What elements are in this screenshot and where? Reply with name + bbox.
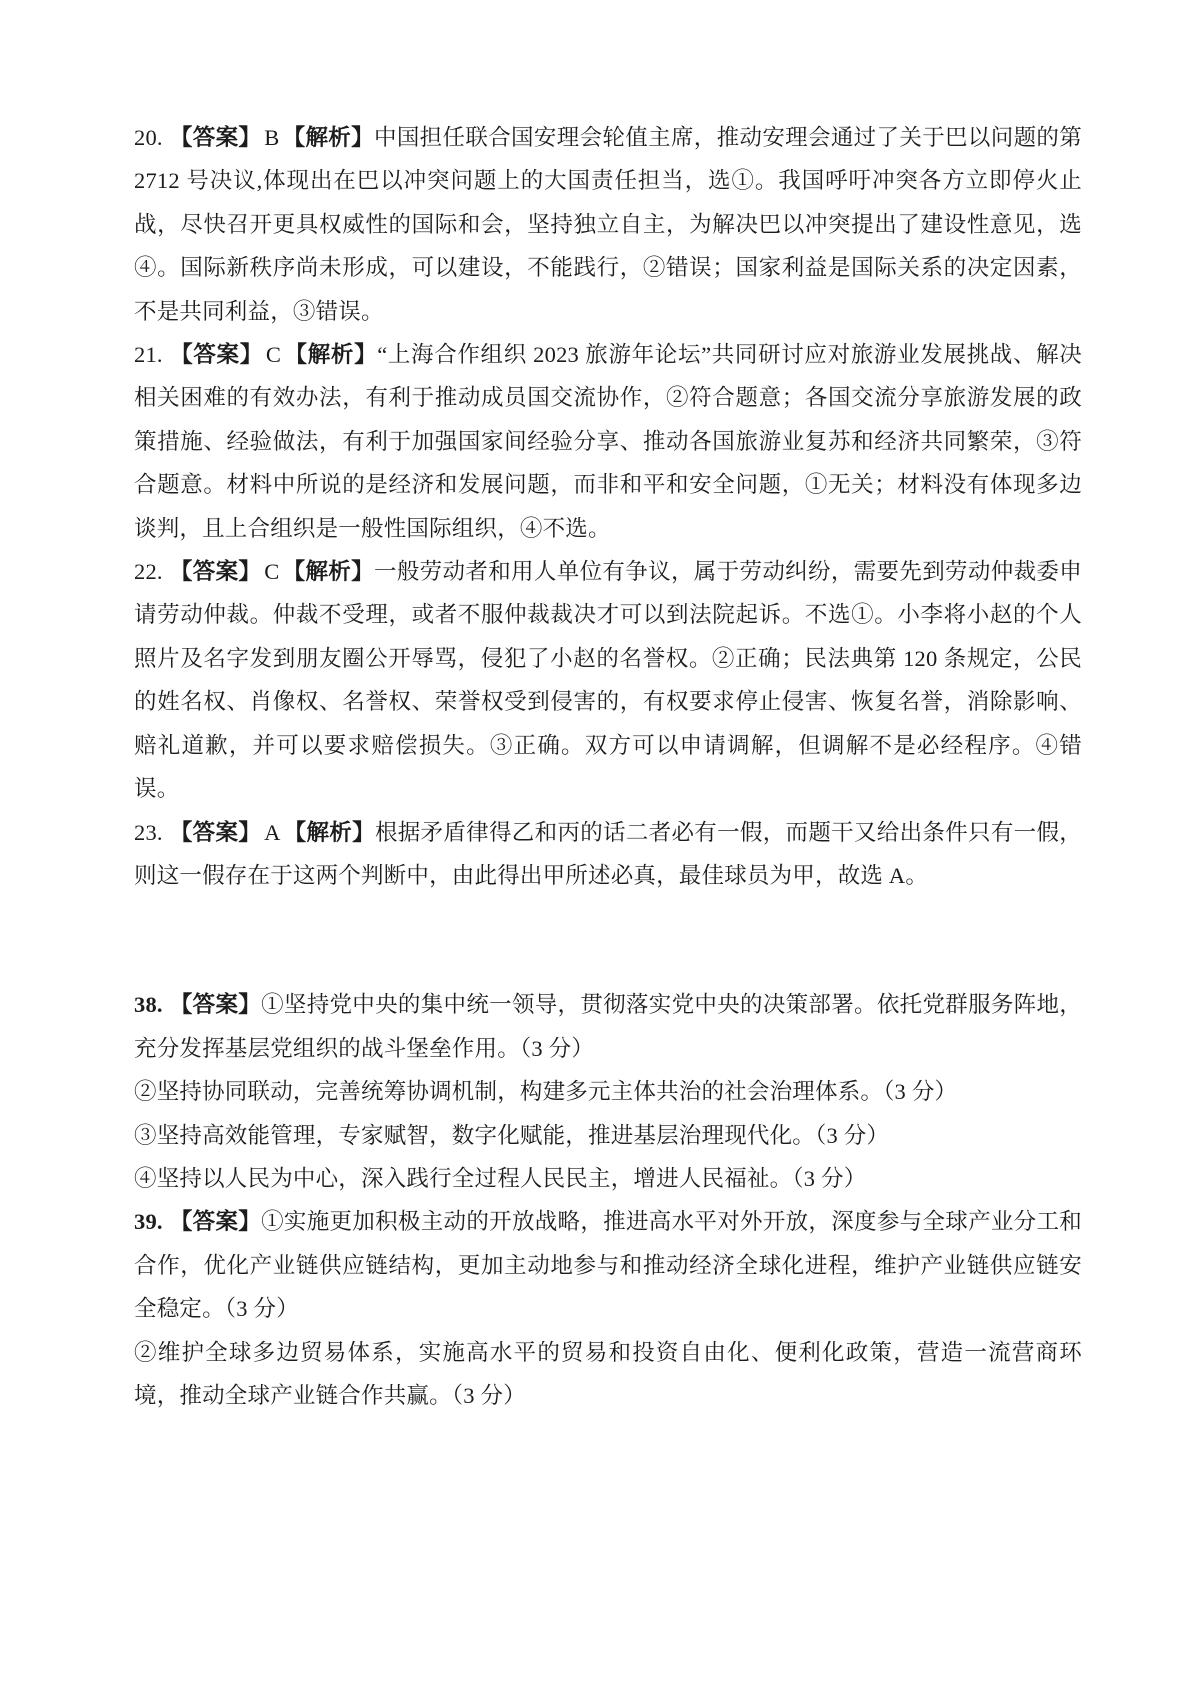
- analysis-text: 中国担任联合国安理会轮值主席，推动安理会通过了关于巴以问题的第 2712 号决议…: [134, 125, 1082, 324]
- answer-label: 【答案】: [170, 992, 261, 1017]
- analysis-label: 【解析】: [282, 559, 374, 584]
- objective-answers-section: 20.【答案】B【解析】中国担任联合国安理会轮值主席，推动安理会通过了关于巴以问…: [134, 116, 1082, 897]
- analysis-text: 一般劳动者和用人单位有争议，属于劳动纠纷，需要先到劳动仲裁委申请劳动仲裁。仲裁不…: [134, 559, 1082, 801]
- objective-answer-item: 21.【答案】C【解析】“上海合作组织 2023 旅游年论坛”共同研讨应对旅游业…: [134, 333, 1082, 550]
- subjective-answer-item: 39.【答案】①实施更加积极主动的开放战略，推进高水平对外开放，深度参与全球产业…: [134, 1200, 1082, 1330]
- answer-letter: C: [266, 342, 281, 367]
- subjective-answers-section: 38.【答案】①坚持党中央的集中统一领导，贯彻落实党中央的决策部署。依托党群服务…: [134, 983, 1082, 1417]
- section-gap: [134, 897, 1082, 983]
- analysis-label: 【解析】: [284, 342, 377, 367]
- answer-point-text: ②维护全球多边贸易体系，实施高水平的贸易和投资自由化、便利化政策，营造一流营商环…: [134, 1340, 1082, 1408]
- answer-letter: B: [264, 125, 279, 150]
- analysis-label: 【解析】: [282, 125, 374, 150]
- answer-point-text: ④坚持以人民为中心，深入践行全过程人民民主，增进人民福祉。（3 分）: [134, 1166, 866, 1191]
- answer-label: 【答案】: [170, 342, 263, 367]
- analysis-label: 【解析】: [284, 820, 375, 845]
- answer-letter: C: [264, 559, 279, 584]
- analysis-text: “上海合作组织 2023 旅游年论坛”共同研讨应对旅游业发展挑战、解决相关困难的…: [134, 342, 1082, 541]
- answer-label: 【答案】: [170, 559, 262, 584]
- subjective-answer-point: ③坚持高效能管理，专家赋智，数字化赋能，推进基层治理现代化。（3 分）: [134, 1114, 1082, 1157]
- subjective-answer-point: ②维护全球多边贸易体系，实施高水平的贸易和投资自由化、便利化政策，营造一流营商环…: [134, 1331, 1082, 1418]
- answer-point-text: ①实施更加积极主动的开放战略，推进高水平对外开放，深度参与全球产业分工和合作，优…: [134, 1209, 1082, 1321]
- answer-letter: A: [264, 820, 280, 845]
- question-number: 23.: [134, 820, 163, 845]
- answer-label: 【答案】: [170, 820, 261, 845]
- objective-answer-item: 23.【答案】A【解析】根据矛盾律得乙和丙的话二者必有一假，而题干又给出条件只有…: [134, 811, 1082, 898]
- document-page: 20.【答案】B【解析】中国担任联合国安理会轮值主席，推动安理会通过了关于巴以问…: [0, 0, 1200, 1697]
- question-number: 39.: [134, 1209, 163, 1234]
- answer-label: 【答案】: [170, 1209, 261, 1234]
- answer-point-text: ③坚持高效能管理，专家赋智，数字化赋能，推进基层治理现代化。（3 分）: [134, 1123, 889, 1148]
- question-number: 22.: [134, 559, 163, 584]
- answer-point-text: ②坚持协同联动，完善统筹协调机制，构建多元主体共治的社会治理体系。（3 分）: [134, 1079, 957, 1104]
- answer-label: 【答案】: [170, 125, 262, 150]
- answer-point-text: ①坚持党中央的集中统一领导，贯彻落实党中央的决策部署。依托党群服务阵地，充分发挥…: [134, 992, 1082, 1060]
- question-number: 38.: [134, 992, 163, 1017]
- objective-answer-item: 22.【答案】C【解析】一般劳动者和用人单位有争议，属于劳动纠纷，需要先到劳动仲…: [134, 550, 1082, 810]
- answer-key-content: 20.【答案】B【解析】中国担任联合国安理会轮值主席，推动安理会通过了关于巴以问…: [134, 116, 1082, 1417]
- question-number: 21.: [134, 342, 163, 367]
- subjective-answer-point: ④坚持以人民为中心，深入践行全过程人民民主，增进人民福祉。（3 分）: [134, 1157, 1082, 1200]
- subjective-answer-item: 38.【答案】①坚持党中央的集中统一领导，贯彻落实党中央的决策部署。依托党群服务…: [134, 983, 1082, 1070]
- question-number: 20.: [134, 125, 163, 150]
- subjective-answer-point: ②坚持协同联动，完善统筹协调机制，构建多元主体共治的社会治理体系。（3 分）: [134, 1070, 1082, 1113]
- objective-answer-item: 20.【答案】B【解析】中国担任联合国安理会轮值主席，推动安理会通过了关于巴以问…: [134, 116, 1082, 333]
